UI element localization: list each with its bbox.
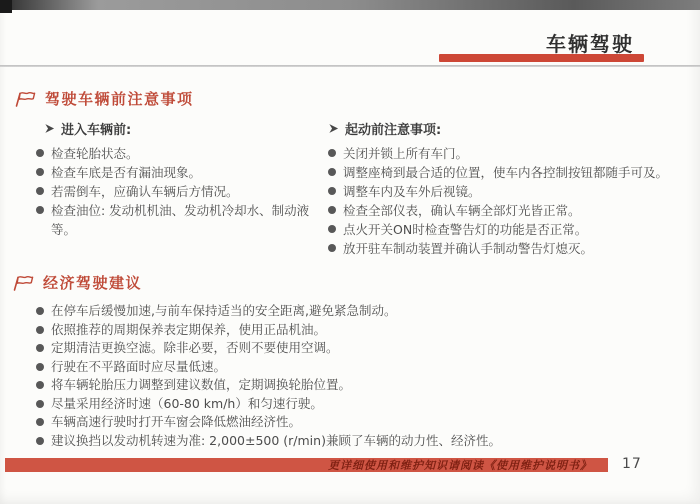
section-driving-precautions: 驾驶车辆前注意事项 进入车辆前: 检查轮胎状态。 检查车底是否有漏油现象。 若需… bbox=[0, 88, 700, 258]
list-item: 关闭并锁上所有车门。 bbox=[328, 144, 700, 163]
list-item: 点火开关ON时检查警告灯的功能是否正常。 bbox=[328, 220, 700, 239]
section-title: 驾驶车辆前注意事项 bbox=[45, 88, 194, 109]
footer-note: 更详细使用和维护知识请阅读《使用维护说明书》 bbox=[328, 457, 592, 473]
bullet-icon bbox=[328, 187, 336, 195]
bullet-icon bbox=[36, 307, 44, 315]
manual-page: 车辆驾驶 驾驶车辆前注意事项 进入车辆前: bbox=[0, 0, 700, 504]
list-item: 若需倒车，应确认车辆后方情况。 bbox=[36, 182, 326, 201]
bullet-icon bbox=[36, 187, 44, 195]
list-item: 将车辆轮胎压力调整到建议数值，定期调换轮胎位置。 bbox=[36, 376, 680, 395]
header-divider bbox=[0, 65, 700, 67]
bullet-icon bbox=[36, 168, 44, 176]
list-item: 建议换挡以发动机转速为准: 2,000±500 (r/min)兼顾了车辆的动力性… bbox=[36, 432, 680, 451]
bullet-list: 关闭并锁上所有车门。 调整座椅到最合适的位置，使车内各控制按钮都随手可及。 调整… bbox=[328, 144, 700, 258]
title-accent-bar bbox=[439, 54, 644, 62]
arrowhead-icon bbox=[328, 123, 339, 134]
page-content: 驾驶车辆前注意事项 进入车辆前: 检查轮胎状态。 检查车底是否有漏油现象。 若需… bbox=[0, 88, 700, 450]
flag-icon bbox=[12, 274, 35, 292]
list-item: 检查轮胎状态。 bbox=[36, 144, 326, 163]
subsection-title: 起动前注意事项: bbox=[345, 119, 441, 138]
bullet-list: 在停车后缓慢加速,与前车保持适当的安全距离,避免紧急制动。 依照推荐的周期保养表… bbox=[36, 302, 680, 450]
section-header: 经济驾驶建议 bbox=[12, 272, 700, 293]
column-before-entering: 进入车辆前: 检查轮胎状态。 检查车底是否有漏油现象。 若需倒车，应确认车辆后方… bbox=[36, 118, 326, 258]
list-item: 检查车底是否有漏油现象。 bbox=[36, 163, 326, 182]
list-item: 调整车内及车外后视镜。 bbox=[328, 182, 700, 201]
list-item: 行驶在不平路面时应尽量低速。 bbox=[36, 358, 680, 377]
two-column-layout: 进入车辆前: 检查轮胎状态。 检查车底是否有漏油现象。 若需倒车，应确认车辆后方… bbox=[0, 118, 700, 258]
subsection-title: 进入车辆前: bbox=[61, 119, 131, 138]
section-header: 驾驶车辆前注意事项 bbox=[14, 88, 700, 109]
bullet-icon bbox=[36, 418, 44, 426]
bullet-icon bbox=[36, 326, 44, 334]
bullet-icon bbox=[36, 381, 44, 389]
bullet-icon bbox=[36, 437, 44, 445]
list-item: 车辆高速行驶时打开车窗会降低燃油经济性。 bbox=[36, 413, 680, 432]
section-title: 经济驾驶建议 bbox=[43, 272, 142, 293]
arrowhead-icon bbox=[44, 123, 55, 134]
scan-corner-artifact bbox=[0, 0, 12, 13]
subsection-header: 起动前注意事项: bbox=[328, 118, 700, 138]
bullet-icon bbox=[328, 168, 336, 176]
list-item: 放开驻车制动装置并确认手制动警告灯熄灭。 bbox=[328, 239, 700, 258]
bullet-icon bbox=[36, 149, 44, 157]
bullet-icon bbox=[328, 149, 336, 157]
list-item: 检查全部仪表，确认车辆全部灯光皆正常。 bbox=[328, 201, 700, 220]
scan-edge-artifact bbox=[0, 0, 700, 10]
section-economic-driving: 经济驾驶建议 在停车后缓慢加速,与前车保持适当的安全距离,避免紧急制动。 依照推… bbox=[0, 272, 700, 450]
page-title: 车辆驾驶 bbox=[546, 28, 634, 57]
bullet-icon bbox=[328, 244, 336, 252]
list-item: 检查油位: 发动机机油、发动机冷却水、制动液等。 bbox=[36, 201, 326, 239]
column-before-starting: 起动前注意事项: 关闭并锁上所有车门。 调整座椅到最合适的位置，使车内各控制按钮… bbox=[328, 118, 700, 258]
bullet-icon bbox=[36, 344, 44, 352]
flag-icon bbox=[14, 90, 37, 108]
bullet-icon bbox=[36, 400, 44, 408]
footer-bar: 更详细使用和维护知识请阅读《使用维护说明书》 bbox=[5, 458, 608, 472]
bullet-icon bbox=[36, 363, 44, 371]
subsection-header: 进入车辆前: bbox=[36, 118, 326, 138]
list-item: 调整座椅到最合适的位置，使车内各控制按钮都随手可及。 bbox=[328, 163, 700, 182]
list-item: 依照推荐的周期保养表定期保养，使用正品机油。 bbox=[36, 321, 680, 340]
page-number: 17 bbox=[622, 456, 642, 472]
bullet-icon bbox=[328, 225, 336, 233]
list-item: 尽量采用经济时速（60-80 km/h）和匀速行驶。 bbox=[36, 395, 680, 414]
list-item: 在停车后缓慢加速,与前车保持适当的安全距离,避免紧急制动。 bbox=[36, 302, 680, 321]
bullet-icon bbox=[36, 206, 44, 214]
bullet-icon bbox=[328, 206, 336, 214]
bullet-list: 检查轮胎状态。 检查车底是否有漏油现象。 若需倒车，应确认车辆后方情况。 检查油… bbox=[36, 144, 326, 239]
list-item: 定期清洁更换空滤。除非必要，否则不要使用空调。 bbox=[36, 339, 680, 358]
